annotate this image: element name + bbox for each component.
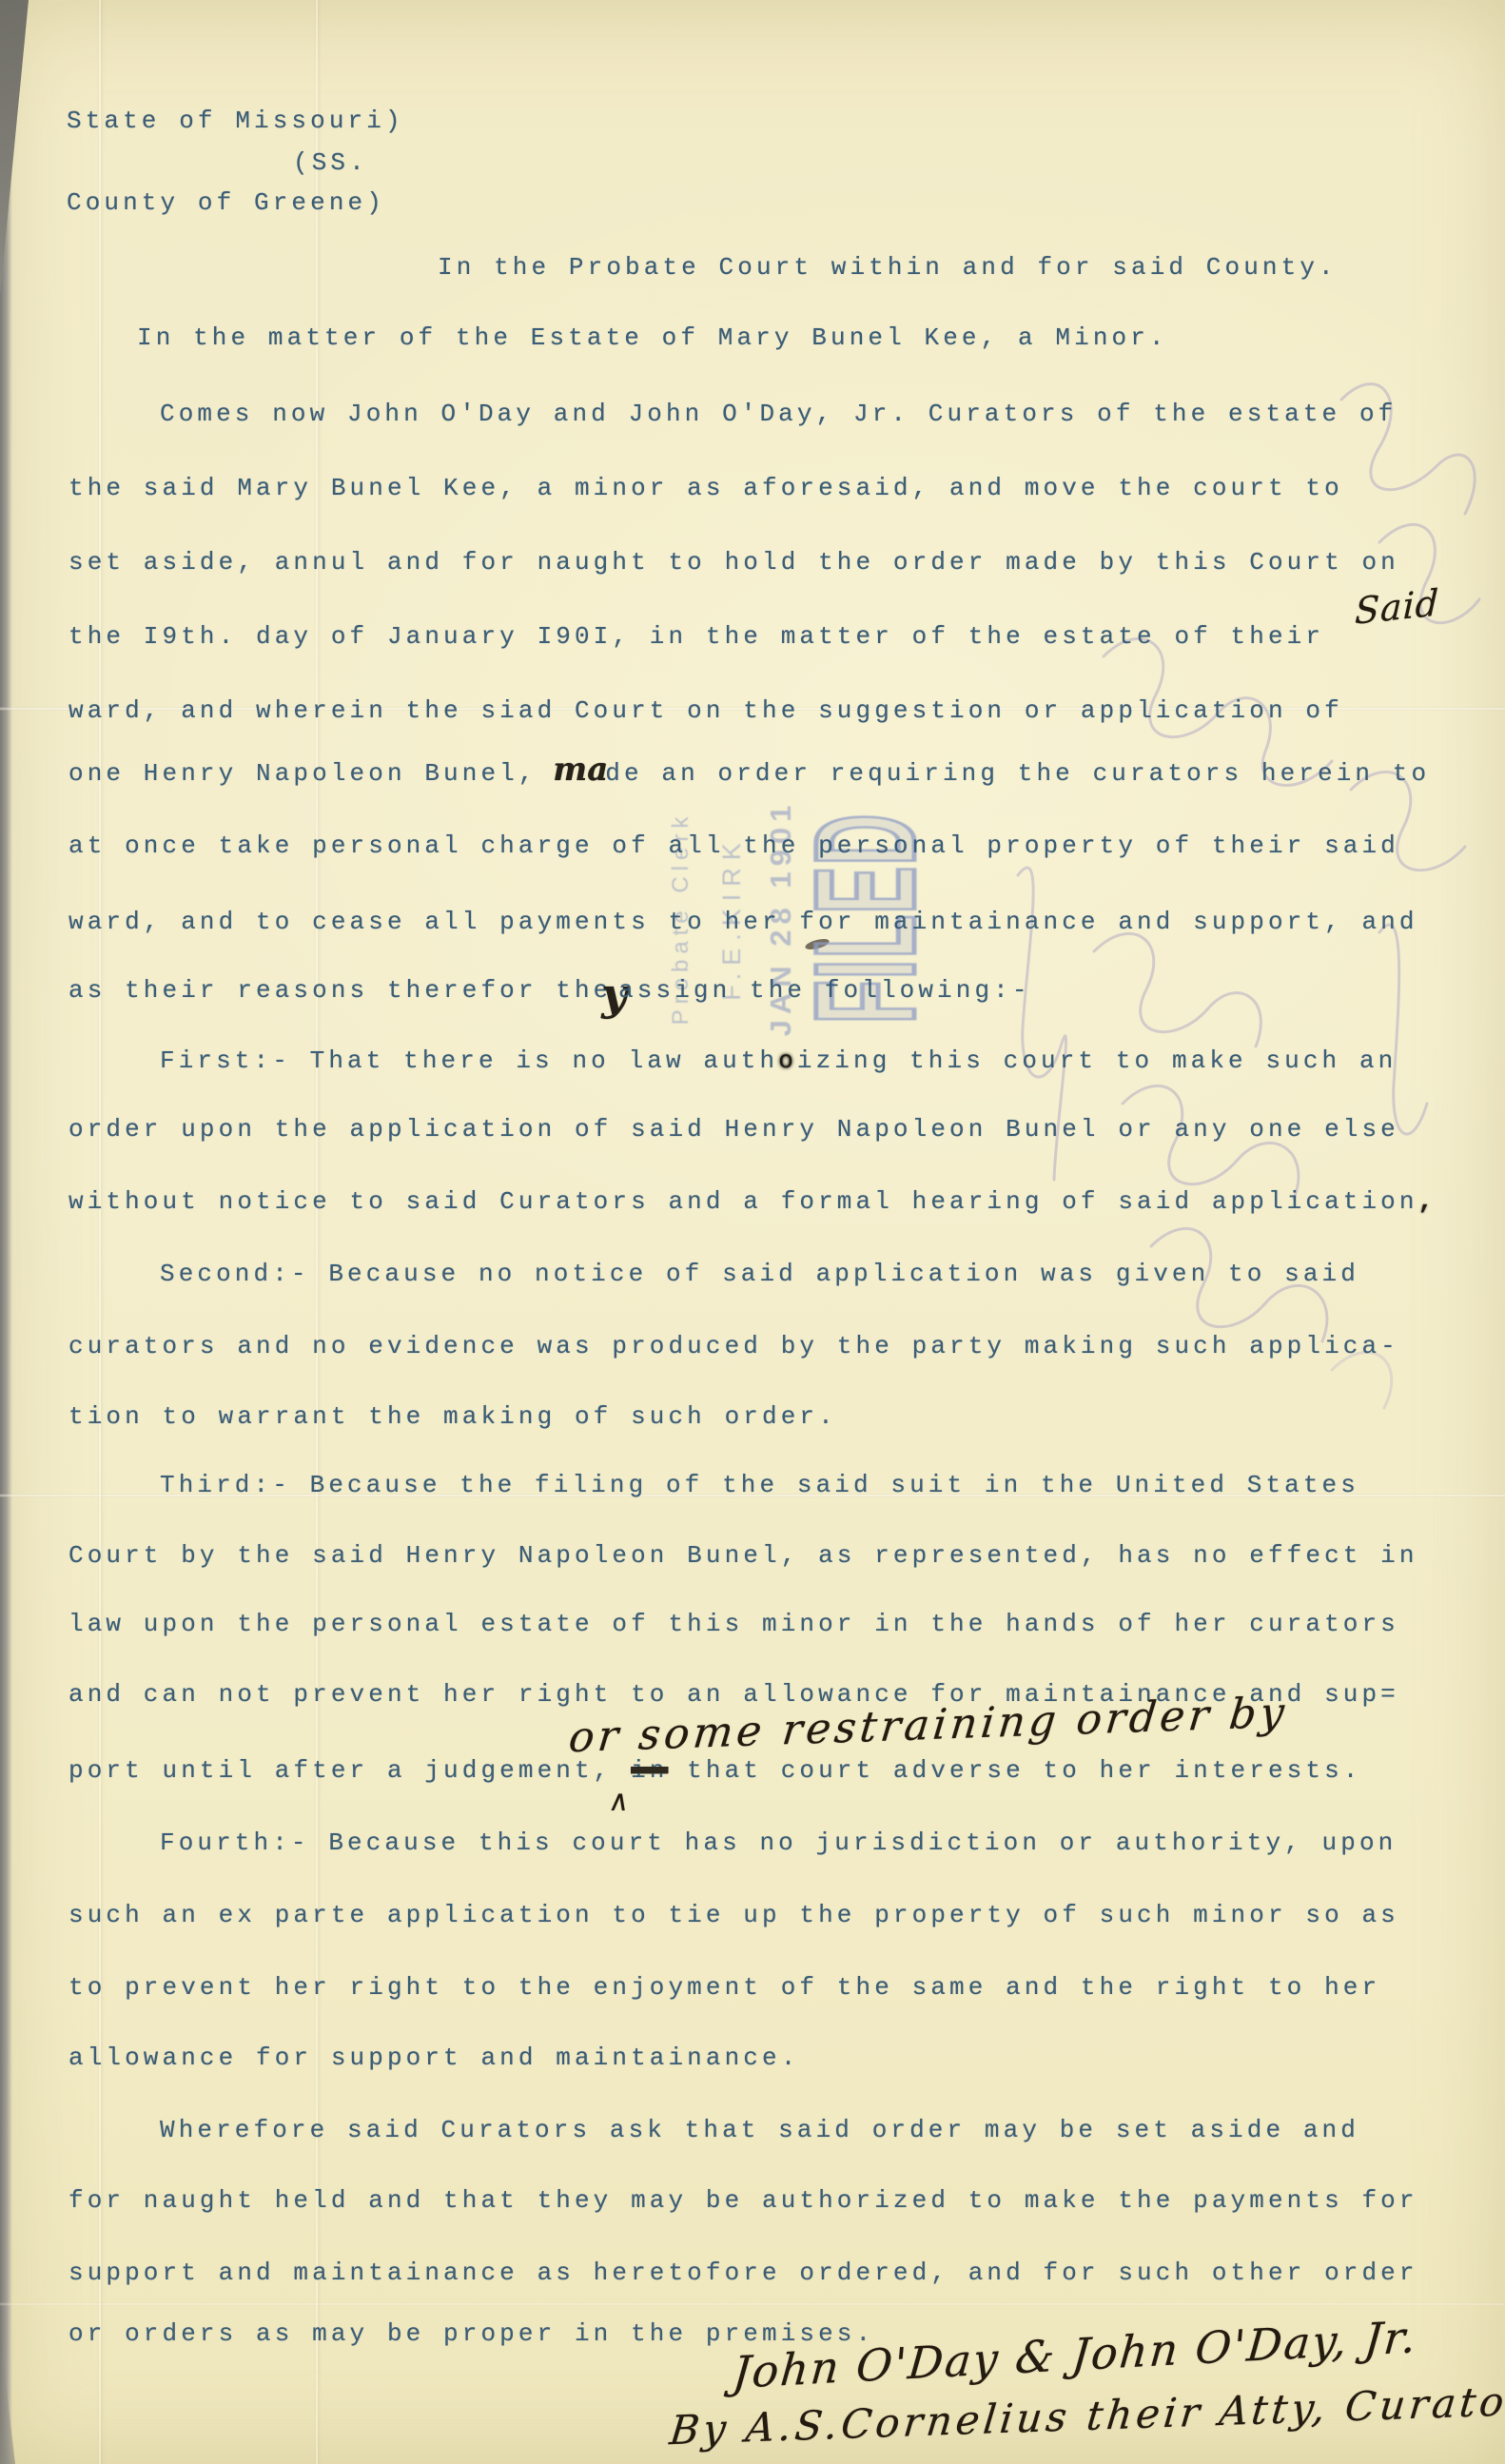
typed-line-19: curators and no evidence was produced by… bbox=[68, 1332, 1399, 1360]
scanner-edge-left bbox=[0, 0, 12, 2464]
typed-line-28: to prevent her right to the enjoyment of… bbox=[68, 1973, 1380, 2002]
typed-line-3: County of Greene) bbox=[67, 188, 385, 217]
segment-typed: port until after a judgement, bbox=[68, 1756, 631, 1785]
segment-typed: one Henry Napoleon Bunel, bbox=[68, 759, 556, 788]
typed-line-31: for naught held and that they may be aut… bbox=[68, 2186, 1418, 2215]
segment-typed: de an order requiring the curators herei… bbox=[605, 759, 1430, 788]
typed-line-23: law upon the personal estate of this min… bbox=[68, 1610, 1399, 1638]
typed-line-21: Third:- Because the filing of the said s… bbox=[160, 1471, 1359, 1499]
ink-smudge bbox=[804, 937, 830, 951]
typed-line-2: (SS. bbox=[293, 148, 368, 177]
typed-line-9: the I9th. day of January I90I, in the ma… bbox=[68, 622, 1324, 651]
typed-line-10: ward, and wherein the siad Court on the … bbox=[68, 696, 1343, 725]
typed-line-1: State of Missouri) bbox=[67, 107, 404, 135]
typed-line-27: such an ex parte application to tie up t… bbox=[68, 1901, 1399, 1929]
typed-line-5: In the matter of the Estate of Mary Bune… bbox=[137, 323, 1168, 352]
struck-word-in: in bbox=[631, 1756, 668, 1785]
typed-line-33: or orders as may be proper in the premis… bbox=[68, 2319, 874, 2348]
typed-line-12: at once take personal charge of all the … bbox=[68, 831, 1399, 860]
paper-streak-left bbox=[99, 0, 101, 2464]
typed-line-16: order upon the application of said Henry… bbox=[68, 1115, 1399, 1144]
segment-typed: assign the following:- bbox=[618, 976, 1030, 1005]
ink-blot-o: o bbox=[778, 1046, 797, 1075]
typed-line-7: the said Mary Bunel Kee, a minor as afor… bbox=[68, 474, 1343, 502]
typed-line-11: one Henry Napoleon Bunel, made an order … bbox=[68, 755, 1430, 788]
segment-typed: First:- That there is no law auth bbox=[160, 1046, 778, 1075]
fold-crease-lower bbox=[0, 2302, 1505, 2306]
typed-line-4: In the Probate Court within and for said… bbox=[438, 253, 1338, 282]
typed-line-20: tion to warrant the making of such order… bbox=[68, 1402, 837, 1431]
typed-line-32: support and maintainance as heretofore o… bbox=[68, 2259, 1418, 2287]
heavy-ink-comma: , bbox=[1418, 1187, 1437, 1216]
typed-line-17: without notice to said Curators and a fo… bbox=[68, 1187, 1437, 1216]
segment-typed: as their reasons therefor the bbox=[68, 976, 612, 1005]
typed-line-8: set aside, annul and for naught to hold … bbox=[68, 548, 1399, 577]
typed-line-15: First:- That there is no law authoizing … bbox=[160, 1046, 1397, 1075]
segment-typed: izing this court to make such an bbox=[797, 1046, 1397, 1075]
typed-line-29: allowance for support and maintainance. bbox=[68, 2044, 799, 2072]
margin-correction-said: Said bbox=[1354, 581, 1439, 633]
typed-line-30: Wherefore said Curators ask that said or… bbox=[160, 2116, 1359, 2144]
typed-line-22: Court by the said Henry Napoleon Bunel, … bbox=[68, 1541, 1418, 1570]
typed-line-14: as their reasons therefor theyassign the… bbox=[68, 976, 1031, 1008]
insertion-caret: ∧ bbox=[607, 1785, 633, 1818]
segment-typed: that court adverse to her interests. bbox=[668, 1756, 1361, 1785]
paper-streak-right bbox=[316, 0, 318, 2464]
typed-line-18: Second:- Because no notice of said appli… bbox=[160, 1260, 1359, 1288]
typed-line-26: Fourth:- Because this court has no juris… bbox=[160, 1828, 1397, 1857]
document-page: Probate Clerk F.E.KIRK JAN 28 1901 FILED… bbox=[0, 0, 1505, 2464]
typed-line-6: Comes now John O'Day and John O'Day, Jr.… bbox=[160, 400, 1397, 428]
segment-typed: without notice to said Curators and a fo… bbox=[68, 1187, 1418, 1216]
scanner-corner-top-left bbox=[0, 0, 29, 295]
typed-line-13: ward, and to cease all payments to her f… bbox=[68, 908, 1418, 936]
ink-overwrite-ma: ma bbox=[553, 751, 608, 789]
typed-line-25: port until after a judgement, in that co… bbox=[68, 1756, 1361, 1785]
